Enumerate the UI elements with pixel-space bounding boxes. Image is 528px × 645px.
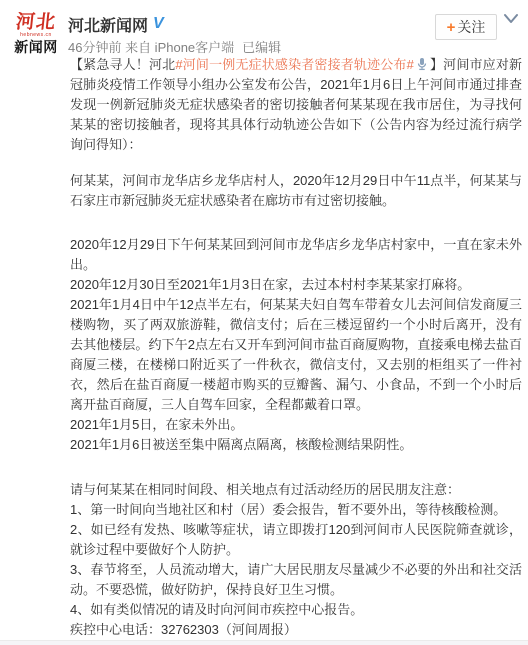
post-text: 【紧急寻人！河北#河间一例无症状感染者密接者轨迹公布#】河间市应对新冠肺炎疫情工… bbox=[70, 55, 522, 640]
post-meta: 46分钟前 来自 iPhone客户端已编辑 bbox=[68, 37, 281, 56]
avatar[interactable]: 河北 hebnews.cn 新闻网 bbox=[11, 13, 61, 59]
paragraph-announcement: 【紧急寻人！河北#河间一例无症状感染者密接者轨迹公布#】河间市应对新冠肺炎疫情工… bbox=[70, 55, 522, 155]
avatar-logo-text-bottom: 新闻网 bbox=[11, 40, 61, 54]
p1-prefix: 【紧急寻人！河北 bbox=[70, 57, 175, 72]
user-name-link[interactable]: 河北新闻网 bbox=[68, 13, 148, 36]
paragraph-notice: 请与何某某在相同时间段、相关地点有过活动经历的居民朋友注意： 1、第一时间向当地… bbox=[70, 480, 522, 640]
card-bottom-divider bbox=[0, 640, 528, 645]
chevron-down-icon[interactable] bbox=[503, 12, 519, 24]
timestamp-source[interactable]: 46分钟前 来自 iPhone客户端 bbox=[68, 40, 234, 55]
paragraph-trajectory: 2020年12月29日下午何某某回到河间市龙华店乡龙华店村家中，一直在家未外出。… bbox=[70, 235, 522, 455]
microphone-icon bbox=[415, 57, 429, 71]
avatar-logo-text-top: 河北 bbox=[10, 13, 62, 32]
plus-icon: + bbox=[447, 19, 456, 36]
edited-label: 已编辑 bbox=[242, 40, 281, 55]
topic-hashtag-link[interactable]: #河间一例无症状感染者密接者轨迹公布# bbox=[175, 57, 413, 72]
avatar-logo-domain: hebnews.cn bbox=[11, 33, 61, 38]
user-name-row: 河北新闻网 V bbox=[68, 13, 164, 35]
verified-badge-icon: V bbox=[153, 15, 164, 33]
paragraph-contact-origin: 何某某，河间市龙华店乡龙华店村人，2020年12月29日中午11点半，何某某与石… bbox=[70, 171, 522, 211]
weibo-post-card: 河北 hebnews.cn 新闻网 河北新闻网 V 46分钟前 来自 iPhon… bbox=[0, 0, 528, 645]
follow-button[interactable]: + 关注 bbox=[435, 14, 497, 40]
follow-button-label: 关注 bbox=[457, 17, 485, 37]
